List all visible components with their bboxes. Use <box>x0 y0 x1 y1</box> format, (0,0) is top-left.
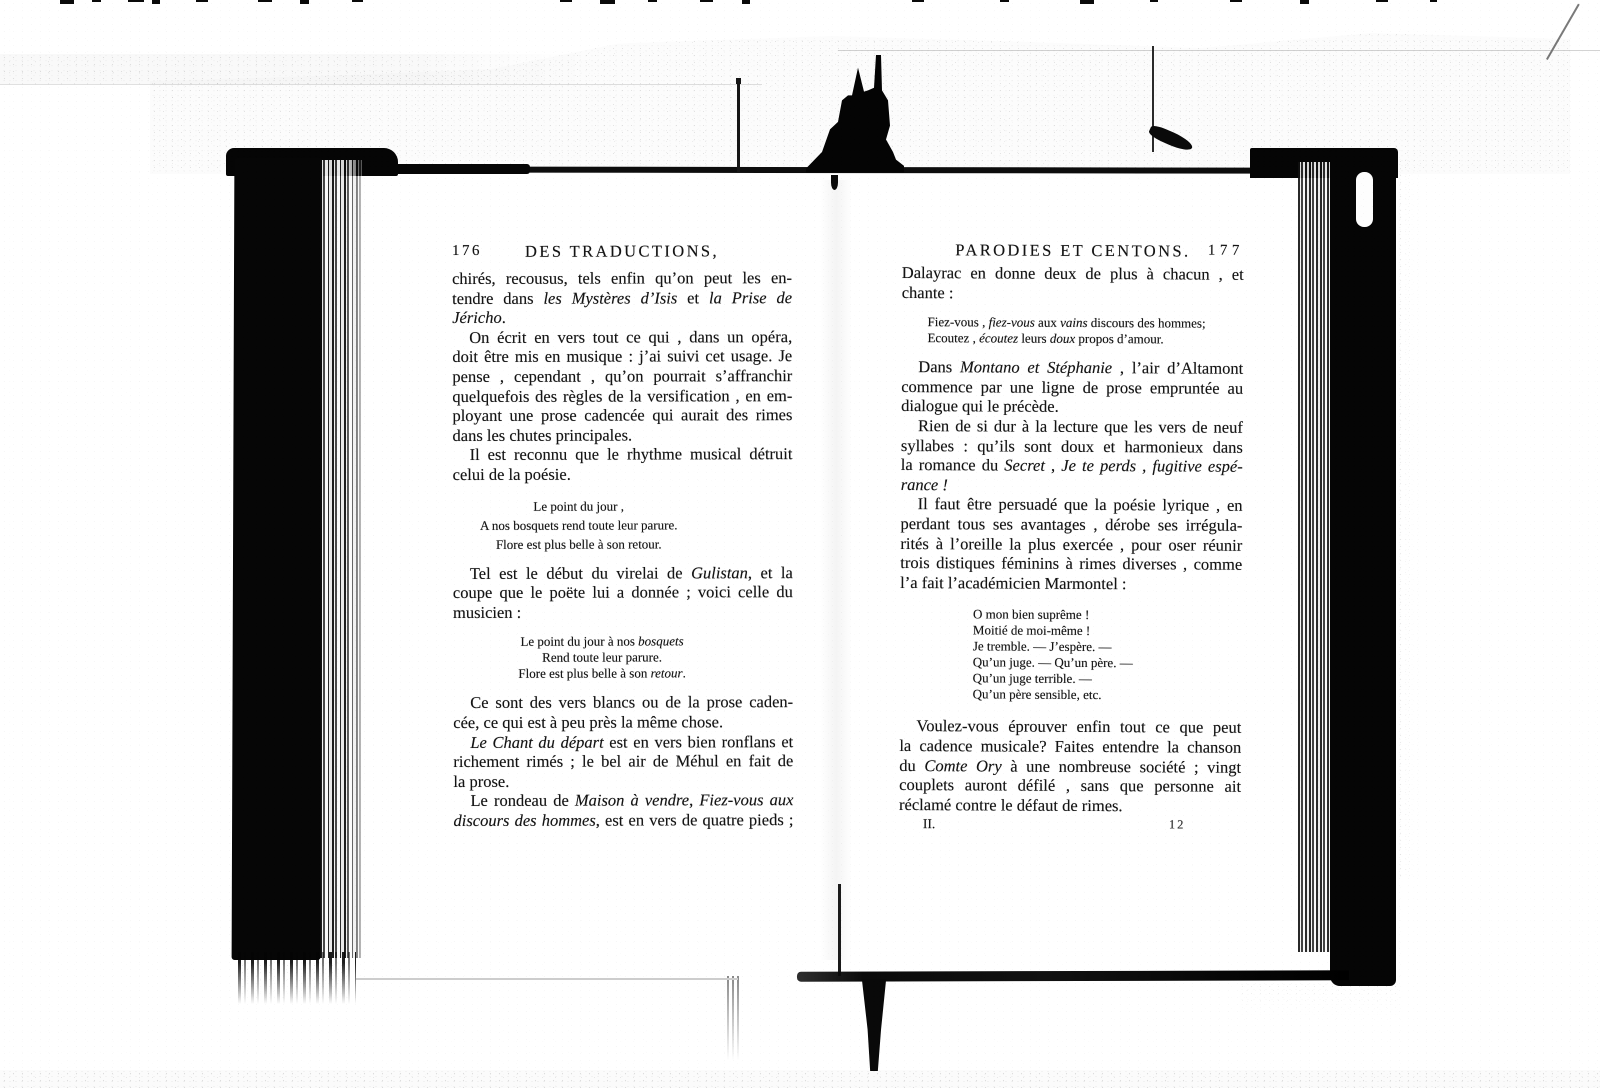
text-line: dialogue qui le précède. <box>901 396 1243 417</box>
book-top-edge <box>344 166 1269 173</box>
text-line: Jéricho. <box>452 307 792 327</box>
text-line: la prose. <box>453 771 793 791</box>
text-line: couplets auront défilé , sans que person… <box>899 775 1241 796</box>
text-line: Flore est plus belle à son retour. <box>453 534 705 554</box>
scan-edge-tick <box>912 0 924 2</box>
scan-edge-tick <box>128 0 144 2</box>
text-line: Rend toute leur parure. <box>453 650 751 667</box>
text-line: cée, ce qui est à peu près la même chose… <box>453 712 793 732</box>
text-line: O mon bien suprême ! <box>973 607 1242 624</box>
running-title-right: PARODIES ET CENTONS. <box>955 240 1190 260</box>
text-line: Dalayrac en donne deux de plus à chacun … <box>902 263 1244 284</box>
page-text-left: chirés, recousus, tels enfin qu’on peut … <box>452 268 793 830</box>
scan-edge-tick <box>92 0 101 2</box>
scan-hairline <box>1152 46 1154 152</box>
running-title-left: DES TRADUCTIONS, <box>525 241 719 261</box>
page-bottom-edge-left <box>356 978 738 980</box>
text-line: Flore est plus belle à son retour. <box>453 666 751 683</box>
scan-edge-tick <box>560 0 572 2</box>
scan-global-speckle <box>0 0 1600 1088</box>
scan-shadow <box>1238 983 1398 1019</box>
text-line: Voulez-vous éprouver enfin tout ce que p… <box>899 716 1241 737</box>
paragraph: On écrit en vers tout ce qui , dans un o… <box>452 327 792 445</box>
paragraph: Rien de si dur à la lecture que les vers… <box>901 416 1243 496</box>
text-line: chante : <box>902 283 1244 304</box>
text-line: Le point du jour , <box>453 496 705 516</box>
text-line: pense , cependant , qu’on pourrait s’aff… <box>452 366 792 386</box>
scan-edge-tick <box>1150 0 1158 2</box>
paragraph: Le rondeau de Maison à vendre, Fiez-vous… <box>453 790 793 830</box>
book-top-edge-left <box>226 148 398 176</box>
paragraph: Le Chant du départ est en vers bien ronf… <box>453 732 793 792</box>
paragraph: Il faut être persuadé que la poésie lyri… <box>900 494 1243 594</box>
paragraph: Dalayrac en donne deux de plus à chacun … <box>902 263 1244 304</box>
scan-smudge <box>1147 123 1194 154</box>
text-line: Il faut être persuadé que la poésie lyri… <box>901 494 1243 515</box>
text-line: musicien : <box>453 602 793 622</box>
text-line: Le Chant du départ est en vers bien ronf… <box>453 732 793 752</box>
text-line: réclamé contre le défaut de rimes. <box>899 795 1241 816</box>
text-line: chirés, recousus, tels enfin qu’on peut … <box>452 268 792 288</box>
book-fore-edge-right-bottom <box>1330 948 1396 986</box>
scan-edge-tick <box>1300 0 1309 4</box>
text-line: Le point du jour à nos bosquets <box>453 634 751 651</box>
text-line: la cadence musicale? Faites entendre la … <box>899 736 1241 757</box>
scan-edge-tick <box>1000 0 1009 2</box>
text-line: Le rondeau de Maison à vendre, Fiez-vous… <box>453 790 793 810</box>
book-top-edge-thick <box>300 164 530 174</box>
book-page-edges-right <box>1298 162 1332 952</box>
text-line: l’a fait l’académicien Marmontel : <box>900 573 1242 594</box>
text-line: Qu’un père sensible, etc. <box>973 687 1242 704</box>
scan-edge-tick <box>196 0 208 2</box>
paragraph: Voulez-vous éprouver enfin tout ce que p… <box>899 716 1242 816</box>
scan-shadow <box>238 962 348 1002</box>
text-line: Ecoutez , écoutez leurs doux propos d’am… <box>927 330 1243 348</box>
text-line: du Comte Ory à une nombreuse société ; v… <box>899 755 1241 776</box>
text-line: tendre dans les Mystères d’Isis et la Pr… <box>452 288 792 308</box>
text-line: Dans Montano et Stéphanie , l’air d’Alta… <box>901 357 1243 378</box>
book-fore-edge-right <box>1330 150 1396 956</box>
scan-line <box>838 50 1600 51</box>
text-line: Fiez-vous , fiez-vous aux vains discours… <box>928 314 1244 332</box>
book-bottom-edge <box>797 970 1349 981</box>
scan-ink-drip-bottom <box>858 979 890 1071</box>
gathering-signature: 12 <box>1169 818 1186 833</box>
text-line: Il est reconnu que le rhythme musical dé… <box>453 444 793 464</box>
text-line: quelquefois des règles de la versificati… <box>452 386 792 406</box>
book-gutter-shadow <box>820 180 852 960</box>
page-footer-right: II. 12 <box>899 816 1241 836</box>
paragraph: chirés, recousus, tels enfin qu’on peut … <box>452 268 792 328</box>
scan-edge-tick <box>152 0 160 4</box>
scan-noise-strip <box>0 1070 1600 1088</box>
page-right: PARODIES ET CENTONS. 177 Dalayrac en don… <box>899 240 1244 836</box>
text-line: trois distiques féminins à rimes diverse… <box>900 553 1242 574</box>
book-edge-highlight <box>1356 172 1373 227</box>
book-fore-edge-left-bottom <box>238 952 356 1004</box>
book-page-edges-left <box>320 160 362 958</box>
text-line: Je tremble. — J’espère. — <box>973 639 1242 656</box>
text-line: perdant tous ses avantages , dérobe ses … <box>900 514 1242 535</box>
text-line: la romance du Secret , Je te perds , fug… <box>901 455 1243 476</box>
verse-block: Fiez-vous , fiez-vous aux vains discours… <box>901 314 1243 348</box>
book-spine-line <box>838 884 841 976</box>
page-number-left: 176 <box>452 243 482 260</box>
paragraph: Ce sont des vers blancs ou de la prose c… <box>453 692 793 732</box>
scan-edge-tick <box>742 0 750 4</box>
scan-edge-tick <box>352 0 363 2</box>
text-line: Moitié de moi-même ! <box>973 623 1242 640</box>
scan-ink-drip <box>831 175 838 190</box>
book-fore-edge-left <box>232 158 324 960</box>
text-line: dans les chutes principales. <box>452 425 792 445</box>
paragraph: Tel est le début du virelai de Gulistan,… <box>453 563 793 623</box>
page-number-right: 177 <box>1208 243 1244 260</box>
text-line: discours des hommes, est en vers de quat… <box>453 810 793 830</box>
verse-block: Le point du jour à nos bosquetsRend tout… <box>453 634 751 683</box>
scan-line <box>0 84 762 85</box>
text-line: coupe que le poëte lui a donnée ; voici … <box>453 582 793 602</box>
scan-edge-tick <box>1080 0 1094 4</box>
scan-edge-tick <box>1230 0 1242 2</box>
scan-noise-band <box>0 54 600 84</box>
running-header-right: PARODIES ET CENTONS. 177 <box>902 240 1244 263</box>
scan-edge-tick <box>60 0 74 4</box>
scan-edge-tick <box>700 0 713 2</box>
text-line: Rien de si dur à la lecture que les vers… <box>901 416 1243 437</box>
scan-edge-tick <box>1430 0 1437 2</box>
scan-scratch <box>1546 4 1580 60</box>
text-line: A nos bosquets rend toute leur parure. <box>453 515 705 535</box>
scan-edge-tick <box>300 0 309 4</box>
scan-edge-tick <box>648 0 657 2</box>
scan-hairline <box>737 78 740 172</box>
book-scan-canvas: { "pages": [ { "number": "176", "header"… <box>0 0 1600 1088</box>
text-line: rance ! <box>901 475 1243 496</box>
scan-edge-tick <box>600 0 615 4</box>
page-left: 176 DES TRADUCTIONS, chirés, recousus, t… <box>452 241 794 830</box>
text-line: Qu’un juge. — Qu’un père. — <box>973 655 1242 672</box>
scan-edge-tick <box>258 0 272 2</box>
scan-noise-cloud <box>150 24 1570 174</box>
text-line: celui de la poésie. <box>453 464 793 484</box>
paragraph: Il est reconnu que le rhythme musical dé… <box>453 444 793 484</box>
text-line: On écrit en vers tout ce qui , dans un o… <box>452 327 792 347</box>
paragraph: Dans Montano et Stéphanie , l’air d’Alta… <box>901 357 1243 418</box>
scan-streak-bottom <box>727 976 742 1060</box>
scan-ink-blob <box>804 50 904 176</box>
text-line: richement rimés ; le bel air de Méhul en… <box>453 751 793 771</box>
verse-block: Le point du jour ,A nos bosquets rend to… <box>453 496 705 554</box>
book-top-edge-right <box>1250 148 1398 178</box>
volume-signature: II. <box>923 816 935 832</box>
page-text-right: Dalayrac en donne deux de plus à chacun … <box>899 263 1244 816</box>
text-line: commence par une ligne de prose emprunté… <box>901 377 1243 398</box>
text-line: Qu’un juge terrible. — <box>973 671 1242 688</box>
scan-noise-fringe <box>1396 158 1422 878</box>
verse-block: O mon bien suprême !Moitié de moi-même !… <box>900 606 1242 704</box>
text-line: syllabes : qu’ils sont doux et harmonieu… <box>901 436 1243 457</box>
text-line: Ce sont des vers blancs ou de la prose c… <box>453 692 793 712</box>
text-line: Tel est le début du virelai de Gulistan,… <box>453 563 793 583</box>
text-line: doit être mis en musique : j’ai suivi ce… <box>452 346 792 366</box>
text-line: rités à l’oreille la plus exercée , pour… <box>900 534 1242 555</box>
running-header-left: 176 DES TRADUCTIONS, <box>452 241 792 263</box>
scan-edge-tick <box>1376 0 1388 2</box>
text-line: ployant une prose cadencée qui aurait de… <box>452 405 792 425</box>
